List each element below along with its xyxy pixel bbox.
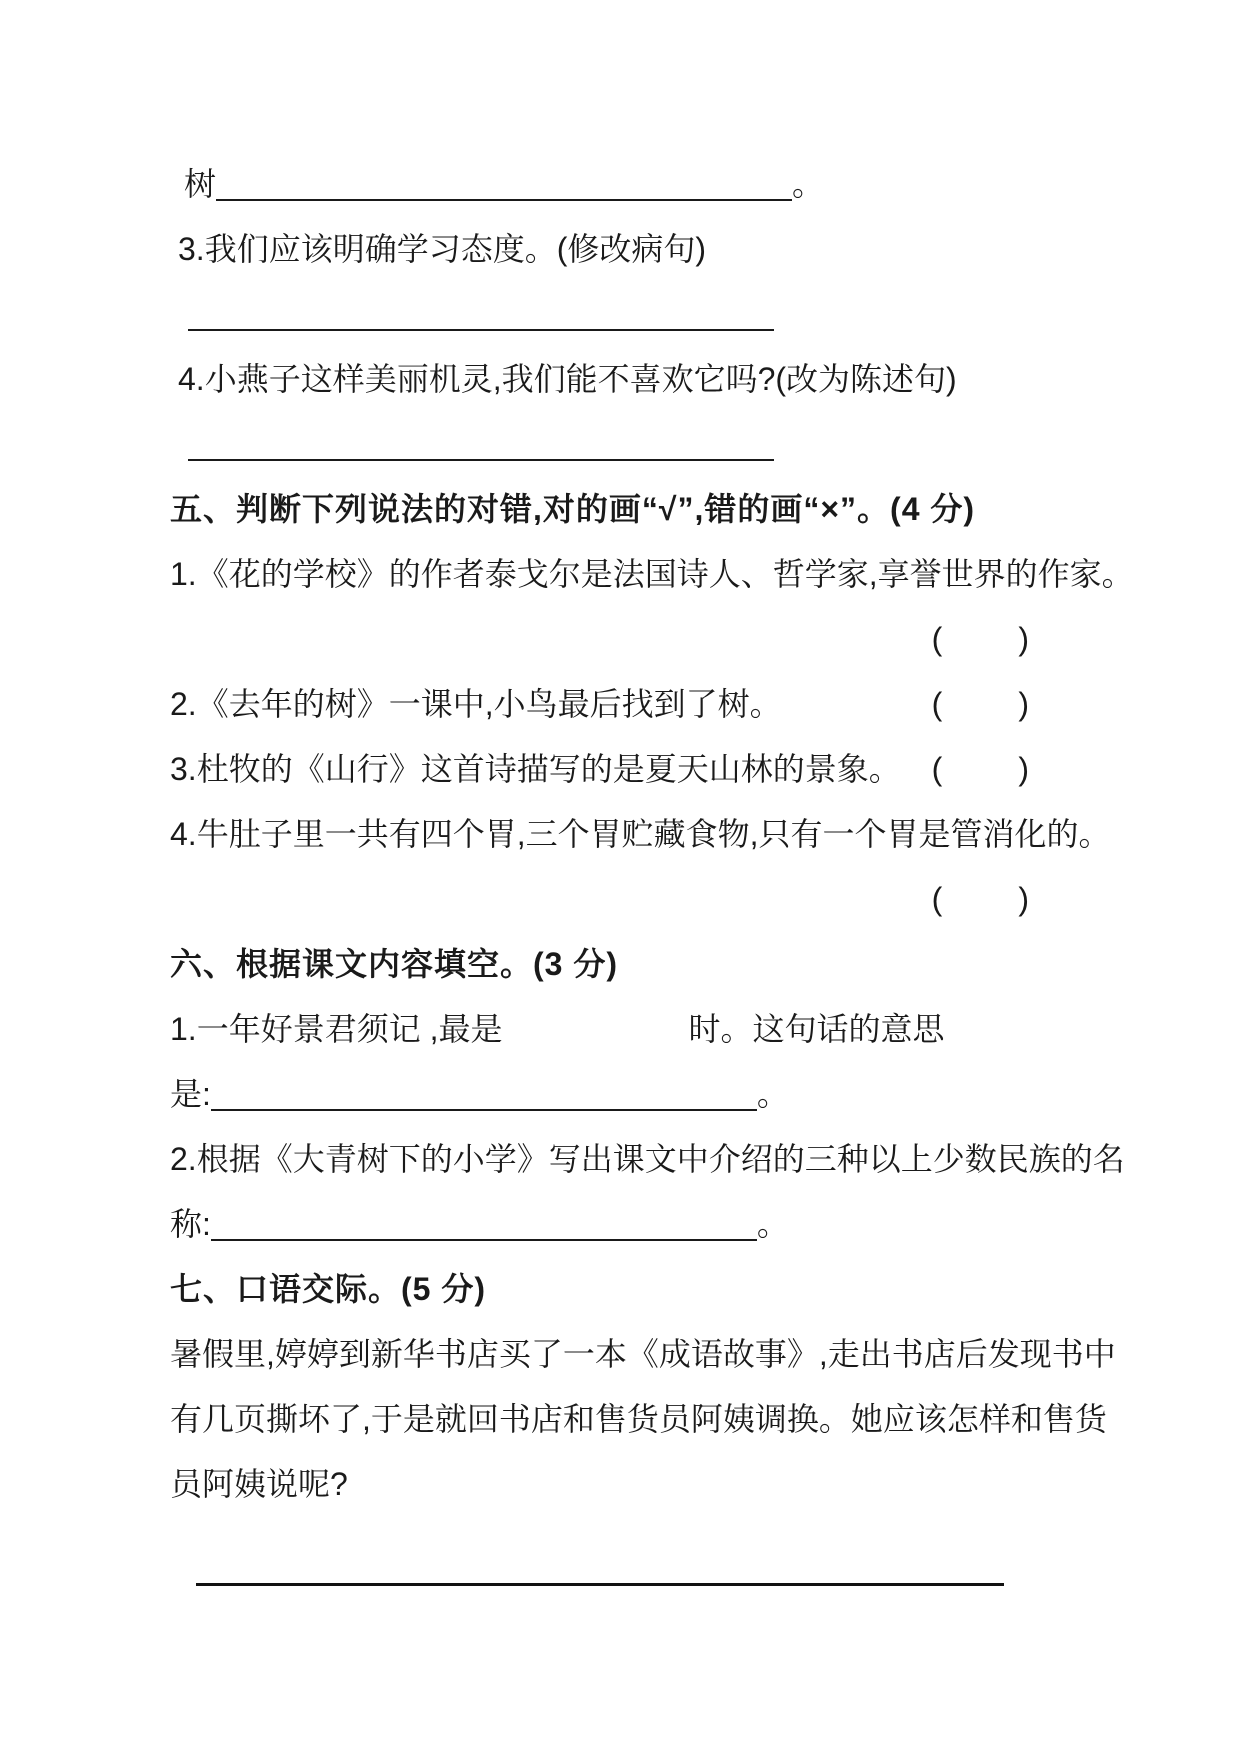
answer-rule-line — [196, 1583, 1004, 1586]
six-q2-line2-prefix: 称: — [170, 1206, 211, 1242]
six-question-1-answer-row: 是:。 — [170, 1062, 1071, 1127]
judge-item-2-text: 2.《去年的树》一课中,小鸟最后找到了树。 — [170, 672, 782, 737]
judge-item-2: 2.《去年的树》一课中,小鸟最后找到了树。 ( ) — [170, 672, 1071, 737]
judge-item-1-text: 1.《花的学校》的作者泰戈尔是法国诗人、哲学家,享誉世界的作家。 — [170, 556, 1134, 592]
section-six-heading: 六、根据课文内容填空。(3 分) — [170, 932, 1071, 997]
fill-blank-tree-line: 树。 — [170, 152, 1071, 217]
answer-blank-line — [216, 171, 792, 201]
six-question-2: 2.根据《大青树下的小学》写出课文中介绍的三种以上少数民族的名 — [170, 1127, 1071, 1192]
answer-blank-row — [170, 282, 1071, 347]
answer-blank-line — [211, 1211, 757, 1241]
six-q2-line2-period: 。 — [757, 1206, 789, 1242]
judge-item-1: 1.《花的学校》的作者泰戈尔是法国诗人、哲学家,享誉世界的作家。 — [170, 542, 1071, 607]
six-q1-before-blank: 1.一年好景君须记 ,最是 — [170, 1011, 502, 1047]
answer-parentheses: ( ) — [932, 881, 1033, 917]
question-4-text: 4.小燕子这样美丽机灵,我们能不喜欢它吗?(改为陈述句) — [178, 361, 957, 397]
question-4-rewrite-sentence: 4.小燕子这样美丽机灵,我们能不喜欢它吗?(改为陈述句) — [170, 347, 1071, 412]
answer-blank-line — [188, 431, 774, 461]
tree-line-period: 。 — [792, 166, 824, 202]
tree-line-prefix: 树 — [184, 166, 216, 202]
answer-blank-line — [188, 301, 774, 331]
section-seven-heading-text: 七、口语交际。(5 分) — [170, 1271, 486, 1307]
judge-item-1-answer-row: ( ) — [170, 607, 1071, 672]
judge-item-4: 4.牛肚子里一共有四个胃,三个胃贮藏食物,只有一个胃是管消化的。 — [170, 802, 1071, 867]
judge-item-4-text: 4.牛肚子里一共有四个胃,三个胃贮藏食物,只有一个胃是管消化的。 — [170, 816, 1110, 852]
six-q1-after-blank: 时。这句话的意思 — [688, 1011, 944, 1047]
answer-parentheses: ( ) — [932, 737, 1033, 802]
answer-parentheses: ( ) — [932, 672, 1033, 737]
answer-blank-line — [211, 1081, 757, 1111]
section-five-heading-text: 五、判断下列说法的对错,对的画“√”,错的画“×”。(4 分) — [170, 491, 975, 527]
judge-item-3-text: 3.杜牧的《山行》这首诗描写的是夏天山林的景象。 — [170, 737, 901, 802]
answer-parentheses: ( ) — [932, 621, 1033, 657]
six-q1-line2-prefix: 是: — [170, 1076, 211, 1112]
question-3-rewrite-sentence: 3.我们应该明确学习态度。(修改病句) — [170, 217, 1071, 282]
seven-body-line-2: 有几页撕坏了,于是就回书店和售货员阿姨调换。她应该怎样和售货 — [170, 1387, 1071, 1452]
six-question-1: 1.一年好景君须记 ,最是时。这句话的意思 — [170, 997, 1071, 1062]
seven-body-line-1: 暑假里,婷婷到新华书店买了一本《成语故事》,走出书店后发现书中 — [170, 1322, 1071, 1387]
seven-body-text-1: 暑假里,婷婷到新华书店买了一本《成语故事》,走出书店后发现书中 — [170, 1336, 1116, 1372]
seven-body-text-2: 有几页撕坏了,于是就回书店和售货员阿姨调换。她应该怎样和售货 — [170, 1401, 1107, 1437]
seven-body-text-3: 员阿姨说呢? — [170, 1466, 348, 1502]
seven-body-line-3: 员阿姨说呢? — [170, 1452, 1071, 1517]
section-seven-heading: 七、口语交际。(5 分) — [170, 1257, 1071, 1322]
question-3-text: 3.我们应该明确学习态度。(修改病句) — [178, 231, 706, 267]
six-q2-text: 2.根据《大青树下的小学》写出课文中介绍的三种以上少数民族的名 — [170, 1141, 1125, 1177]
section-six-heading-text: 六、根据课文内容填空。(3 分) — [170, 946, 618, 982]
answer-blank-row — [170, 412, 1071, 477]
six-q1-line2-period: 。 — [757, 1076, 789, 1112]
judge-item-3: 3.杜牧的《山行》这首诗描写的是夏天山林的景象。 ( ) — [170, 737, 1071, 802]
judge-item-4-answer-row: ( ) — [170, 867, 1071, 932]
section-five-heading: 五、判断下列说法的对错,对的画“√”,错的画“×”。(4 分) — [170, 477, 1071, 542]
test-paper-page: 树。 3.我们应该明确学习态度。(修改病句) 4.小燕子这样美丽机灵,我们能不喜… — [0, 0, 1241, 1754]
six-question-2-answer-row: 称:。 — [170, 1192, 1071, 1257]
